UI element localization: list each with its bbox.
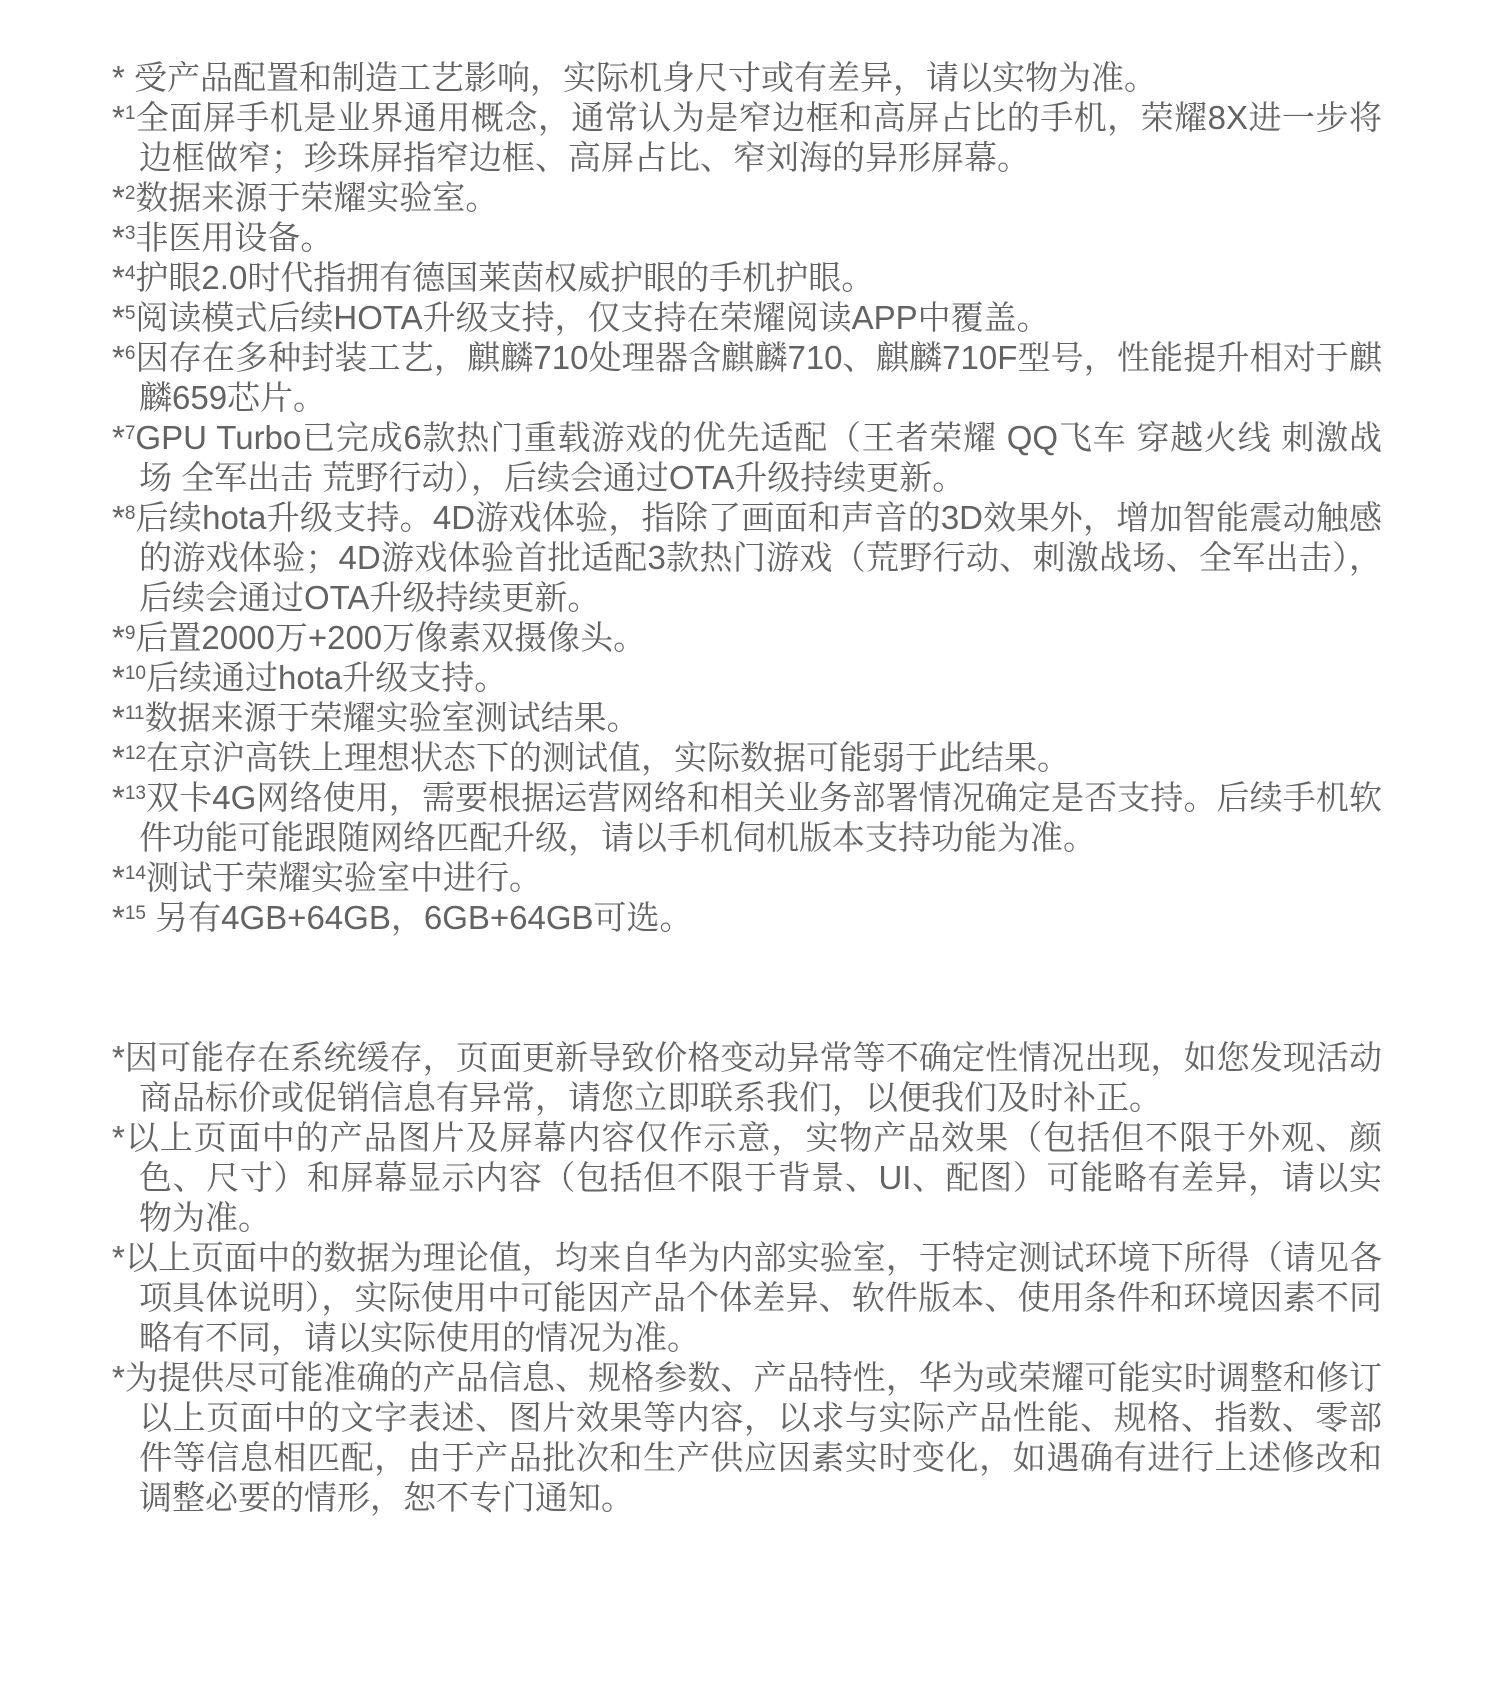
footnote-marker: *4 bbox=[112, 259, 135, 296]
footnote-sup: 12 bbox=[125, 743, 146, 764]
footnote-marker: * bbox=[112, 59, 125, 96]
footnote-text: GPU Turbo已完成6款热门重载游戏的优先适配（王者荣耀 QQ飞车 穿越火线… bbox=[135, 419, 1382, 496]
footnote-item-8: *8后续hota升级支持。4D游戏体验，指除了画面和声音的3D效果外，增加智能震… bbox=[112, 498, 1382, 618]
footnote-sup: 4 bbox=[125, 263, 136, 284]
footnote-sup: 1 bbox=[125, 103, 136, 124]
footnote-marker: *8 bbox=[112, 499, 135, 536]
footnote-item-2: *2数据来源于荣耀实验室。 bbox=[112, 178, 1382, 218]
footnote-text: 后续hota升级支持。4D游戏体验，指除了画面和声音的3D效果外，增加智能震动触… bbox=[135, 499, 1382, 616]
footnote-item-3: *3非医用设备。 bbox=[112, 218, 1382, 258]
footnote-item-14: *14测试于荣耀实验室中进行。 bbox=[112, 858, 1382, 898]
disclaimers-section: *因可能存在系统缓存，页面更新导致价格变动异常等不确定性情况出现，如您发现活动商… bbox=[112, 1038, 1382, 1518]
footnote-text: 阅读模式后续HOTA升级支持，仅支持在荣耀阅读APP中覆盖。 bbox=[135, 299, 1049, 336]
footnote-text: 数据来源于荣耀实验室测试结果。 bbox=[145, 699, 640, 736]
footnote-sup: 13 bbox=[125, 783, 146, 804]
footnotes-section: * 受产品配置和制造工艺影响，实际机身尺寸或有差异，请以实物为准。 *1全面屏手… bbox=[112, 58, 1382, 938]
disclaimer-page: * 受产品配置和制造工艺影响，实际机身尺寸或有差异，请以实物为准。 *1全面屏手… bbox=[0, 0, 1500, 1518]
footnote-marker: *2 bbox=[112, 179, 135, 216]
disclaimer-item-0: *因可能存在系统缓存，页面更新导致价格变动异常等不确定性情况出现，如您发现活动商… bbox=[112, 1038, 1382, 1118]
footnote-marker: *15 bbox=[112, 899, 146, 936]
footnote-item-13: *13双卡4G网络使用，需要根据运营网络和相关业务部署情况确定是否支持。后续手机… bbox=[112, 778, 1382, 858]
footnote-text: 另有4GB+64GB，6GB+64GB可选。 bbox=[146, 899, 693, 936]
footnote-text: 受产品配置和制造工艺影响，实际机身尺寸或有差异，请以实物为准。 bbox=[125, 59, 1157, 96]
disclaimer-item-1: *以上页面中的产品图片及屏幕内容仅作示意，实物产品效果（包括但不限于外观、颜色、… bbox=[112, 1118, 1382, 1238]
footnote-text: 全面屏手机是业界通用概念，通常认为是窄边框和高屏占比的手机，荣耀8X进一步将边框… bbox=[135, 99, 1382, 176]
footnote-marker: *1 bbox=[112, 99, 135, 136]
disclaimer-marker: * bbox=[112, 1119, 125, 1156]
footnote-sup: 7 bbox=[125, 423, 136, 444]
footnote-item-10: *10后续通过hota升级支持。 bbox=[112, 658, 1382, 698]
disclaimer-marker: * bbox=[112, 1039, 125, 1076]
footnote-text: 护眼2.0时代指拥有德国莱茵权威护眼的手机护眼。 bbox=[135, 259, 874, 296]
footnote-item-1: *1全面屏手机是业界通用概念，通常认为是窄边框和高屏占比的手机，荣耀8X进一步将… bbox=[112, 98, 1382, 178]
footnote-sup: 6 bbox=[125, 343, 136, 364]
footnote-item-4: *4护眼2.0时代指拥有德国莱茵权威护眼的手机护眼。 bbox=[112, 258, 1382, 298]
footnote-marker: *7 bbox=[112, 419, 135, 456]
footnote-sup: 9 bbox=[125, 623, 136, 644]
footnote-marker: *5 bbox=[112, 299, 135, 336]
disclaimer-text: 因可能存在系统缓存，页面更新导致价格变动异常等不确定性情况出现，如您发现活动商品… bbox=[125, 1039, 1382, 1116]
footnote-sup: 8 bbox=[125, 503, 136, 524]
footnote-marker: *9 bbox=[112, 619, 135, 656]
footnote-marker: *10 bbox=[112, 659, 146, 696]
footnote-sup: 15 bbox=[125, 903, 146, 924]
footnote-item-0: * 受产品配置和制造工艺影响，实际机身尺寸或有差异，请以实物为准。 bbox=[112, 58, 1382, 98]
footnote-marker: *6 bbox=[112, 339, 135, 376]
footnote-marker: *3 bbox=[112, 219, 135, 256]
footnote-text: 非医用设备。 bbox=[135, 219, 333, 256]
footnote-item-11: *11数据来源于荣耀实验室测试结果。 bbox=[112, 698, 1382, 738]
footnote-text: 后续通过hota升级支持。 bbox=[146, 659, 507, 696]
footnote-item-15: *15 另有4GB+64GB，6GB+64GB可选。 bbox=[112, 898, 1382, 938]
footnote-text: 测试于荣耀实验室中进行。 bbox=[146, 859, 542, 896]
footnote-marker: *12 bbox=[112, 739, 146, 776]
footnote-text: 后置2000万+200万像素双摄像头。 bbox=[135, 619, 646, 656]
footnote-sup: 10 bbox=[125, 663, 146, 684]
footnote-item-12: *12在京沪高铁上理想状态下的测试值，实际数据可能弱于此结果。 bbox=[112, 738, 1382, 778]
footnote-item-9: *9后置2000万+200万像素双摄像头。 bbox=[112, 618, 1382, 658]
footnote-marker: *13 bbox=[112, 779, 146, 816]
footnote-text: 在京沪高铁上理想状态下的测试值，实际数据可能弱于此结果。 bbox=[146, 739, 1070, 776]
disclaimer-text: 以上页面中的产品图片及屏幕内容仅作示意，实物产品效果（包括但不限于外观、颜色、尺… bbox=[125, 1119, 1382, 1236]
footnote-sup: 2 bbox=[125, 183, 136, 204]
footnote-marker: *14 bbox=[112, 859, 146, 896]
footnote-item-6: *6因存在多种封装工艺，麒麟710处理器含麒麟710、麒麟710F型号，性能提升… bbox=[112, 338, 1382, 418]
disclaimer-marker: * bbox=[112, 1359, 125, 1396]
footnote-sup: 5 bbox=[125, 303, 136, 324]
footnote-text: 数据来源于荣耀实验室。 bbox=[135, 179, 498, 216]
footnote-marker: *11 bbox=[112, 699, 145, 736]
footnote-sup: 14 bbox=[125, 863, 146, 884]
disclaimer-item-3: *为提供尽可能准确的产品信息、规格参数、产品特性，华为或荣耀可能实时调整和修订以… bbox=[112, 1358, 1382, 1518]
disclaimer-marker: * bbox=[112, 1239, 125, 1276]
disclaimer-item-2: *以上页面中的数据为理论值，均来自华为内部实验室，于特定测试环境下所得（请见各项… bbox=[112, 1238, 1382, 1358]
footnote-text: 因存在多种封装工艺，麒麟710处理器含麒麟710、麒麟710F型号，性能提升相对… bbox=[135, 339, 1382, 416]
footnote-item-7: *7GPU Turbo已完成6款热门重载游戏的优先适配（王者荣耀 QQ飞车 穿越… bbox=[112, 418, 1382, 498]
footnote-text: 双卡4G网络使用，需要根据运营网络和相关业务部署情况确定是否支持。后续手机软件功… bbox=[139, 779, 1382, 856]
footnote-sup: 3 bbox=[125, 223, 136, 244]
footnote-sup: 11 bbox=[125, 703, 145, 724]
footnote-item-5: *5阅读模式后续HOTA升级支持，仅支持在荣耀阅读APP中覆盖。 bbox=[112, 298, 1382, 338]
disclaimer-text: 为提供尽可能准确的产品信息、规格参数、产品特性，华为或荣耀可能实时调整和修订以上… bbox=[125, 1359, 1382, 1516]
disclaimer-text: 以上页面中的数据为理论值，均来自华为内部实验室，于特定测试环境下所得（请见各项具… bbox=[125, 1239, 1382, 1356]
